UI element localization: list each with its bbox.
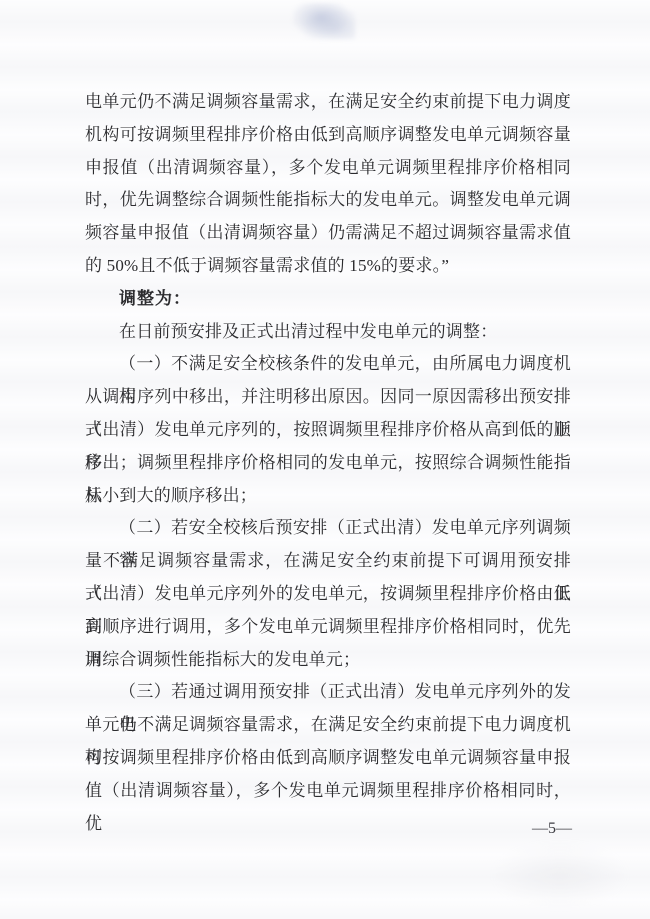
paragraph: （二）若安全校核后预安排（正式出清）发电单元序列调频容量不满足调频容量需求，在满… <box>85 512 571 676</box>
text-line: 的 50%且不低于调频容量需求值的 15%的要求。” <box>85 250 571 283</box>
text-line: 移出；调频里程排序价格相同的发电单元，按照综合调频性能指标 <box>85 447 571 480</box>
text-line: 在日前预安排及正式出清过程中发电单元的调整： <box>85 316 571 349</box>
text-line: 从小到大的顺序移出； <box>85 480 571 513</box>
text-line: 机构可按调频里程排序价格由低到高顺序调整发电单元调频容量 <box>85 119 571 152</box>
text-line: 时，优先调整综合调频性能指标大的发电单元。调整发电单元调 <box>85 184 571 217</box>
text-line: 频容量申报值（出清调频容量）仍需满足不超过调频容量需求值 <box>85 217 571 250</box>
text-line: 式出清）发电单元序列外的发电单元，按调频里程排序价格由低到 <box>85 578 571 611</box>
text-line: 用综合调频性能指标大的发电单元； <box>85 644 571 677</box>
paragraph: 在日前预安排及正式出清过程中发电单元的调整： <box>85 316 571 349</box>
text-line: （一）不满足安全校核条件的发电单元，由所属电力调度机构 <box>85 348 571 381</box>
scanned-page: { "colors": { "ink": "#2b2b2e", "paper":… <box>0 0 650 919</box>
paragraph-heading: 调整为： <box>85 283 571 316</box>
text-line: 量不满足调频容量需求，在满足安全约束前提下可调用预安排（正 <box>85 545 571 578</box>
ink-bleed-smudge <box>293 3 355 39</box>
text-line: 可按调频里程排序价格由低到高顺序调整发电单元调频容量申报 <box>85 742 571 775</box>
text-line: （二）若安全校核后预安排（正式出清）发电单元序列调频容 <box>85 512 571 545</box>
paragraph: （一）不满足安全校核条件的发电单元，由所属电力调度机构从调用序列中移出，并注明移… <box>85 348 571 512</box>
text-line: 值（出清调频容量），多个发电单元调频里程排序价格相同时，优 <box>85 775 571 808</box>
text-line: 单元仍不满足调频容量需求，在满足安全约束前提下电力调度机构 <box>85 709 571 742</box>
paragraph: 电单元仍不满足调频容量需求，在满足安全约束前提下电力调度机构可按调频里程排序价格… <box>85 86 571 283</box>
text-line: 从调用序列中移出，并注明移出原因。因同一原因需移出预安排（正 <box>85 381 571 414</box>
scan-shadow-artifact <box>490 840 630 910</box>
page-number: —5— <box>532 820 572 838</box>
text-line: 式出清）发电单元序列的，按照调频里程排序价格从高到低的顺序 <box>85 414 571 447</box>
text-line: 调整为： <box>85 283 571 316</box>
text-line: 申报值（出清调频容量），多个发电单元调频里程排序价格相同 <box>85 152 571 185</box>
text-line: （三）若通过调用预安排（正式出清）发电单元序列外的发电 <box>85 676 571 709</box>
paragraph: （三）若通过调用预安排（正式出清）发电单元序列外的发电单元仍不满足调频容量需求，… <box>85 676 571 807</box>
text-line: 电单元仍不满足调频容量需求，在满足安全约束前提下电力调度 <box>85 86 571 119</box>
document-body: 电单元仍不满足调频容量需求，在满足安全约束前提下电力调度机构可按调频里程排序价格… <box>85 86 571 808</box>
text-line: 高顺序进行调用，多个发电单元调频里程排序价格相同时，优先调 <box>85 611 571 644</box>
